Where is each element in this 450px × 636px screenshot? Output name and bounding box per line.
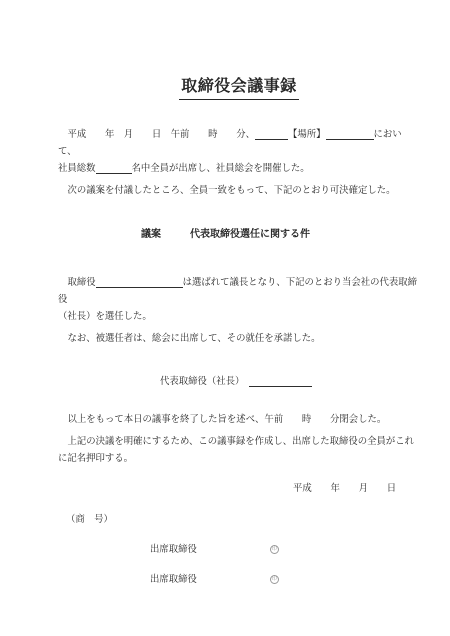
blank-field [96, 276, 183, 288]
date-line: 平成 年 月 日 [58, 481, 420, 498]
blank-field [255, 128, 288, 140]
representative-line: 代表取締役（社長） [58, 374, 420, 391]
text-segment: に記名押印する。 [58, 454, 133, 464]
title-row: 取締役会議事録 [58, 76, 420, 98]
text-segment: 【場所】 [288, 130, 326, 140]
text-segment: 名中全員が出席し、社員総会を開催した。 [132, 164, 310, 174]
closing-paragraph: 以上をもって本日の議事を終了した旨を述べ、午前 時 分閉会した。 [58, 412, 420, 429]
blank-field [96, 162, 132, 174]
text-segment: 社員総数 [58, 164, 96, 174]
document-title: 取締役会議事録 [179, 76, 299, 100]
opening-paragraph: 平成 年 月 日 午前 時 分、【場所】において、社員総数名中全員が出席し、社員… [58, 127, 420, 178]
attendee-row: 出席取締役印 [58, 572, 420, 589]
agenda-label: 議案 [141, 229, 161, 240]
attendee-label: 出席取締役 [150, 575, 197, 585]
agenda-title: 代表取締役選任に関する件 [190, 229, 310, 240]
blank-field [249, 375, 312, 387]
attestation-paragraph: 上記の決議を明確にするため、この議事録を作成し、出席した取締役の全員がこれに記名… [58, 434, 420, 468]
agenda-heading: 議案代表取締役選任に関する件 [58, 226, 420, 243]
text-segment: 平成 年 月 日 午前 時 分、 [68, 130, 256, 140]
blank-field [326, 128, 374, 140]
document-page: 取締役会議事録 平成 年 月 日 午前 時 分、【場所】において、社員総数名中全… [0, 0, 450, 636]
text-segment: 代表取締役（社長） [160, 377, 249, 387]
text-segment: 取締役 [68, 278, 96, 288]
resolution-paragraph: 次の議案を付議したところ、全員一致をもって、下記のとおり可決確定した。 [58, 183, 420, 200]
text-segment: （社長）を選任した。 [58, 312, 152, 322]
chair-paragraph: 取締役は選ばれて議長となり、下記のとおり当会社の代表取締役（社長）を選任した。 [58, 275, 420, 326]
seal-icon: 印 [270, 575, 279, 584]
acceptance-paragraph: なお、被選任者は、総会に出席して、その就任を承諾した。 [58, 331, 420, 348]
attendee-label: 出席取締役 [150, 545, 197, 555]
seal-icon: 印 [270, 545, 279, 554]
attendee-row: 出席取締役印 [58, 542, 420, 559]
text-segment: 上記の決議を明確にするため、この議事録を作成し、出席した取締役の全員がこれ [68, 437, 415, 447]
company-name-label: （商 号） [58, 512, 420, 529]
